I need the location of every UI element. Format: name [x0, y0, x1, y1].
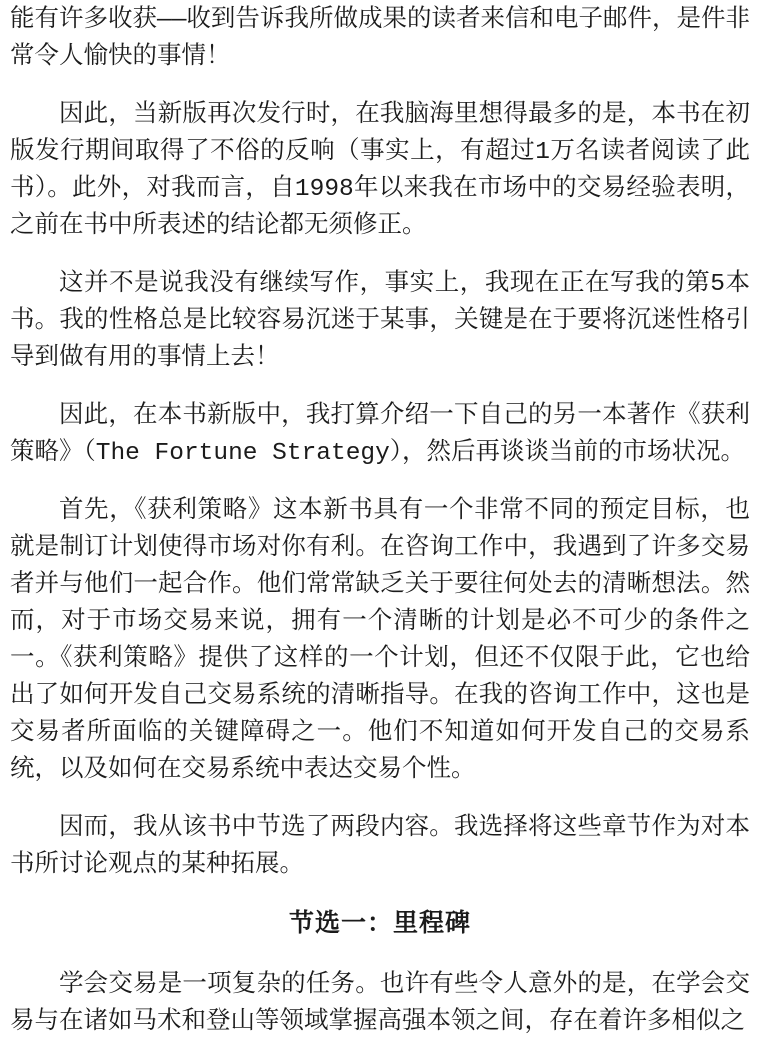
book-page: 能有许多收获——收到告诉我所做成果的读者来信和电子邮件，是件非常令人愉快的事情！… [0, 0, 758, 1038]
paragraph-excerpts-selected: 因而，我从该书中节选了两段内容。我选择将这些章节作为对本书所讨论观点的某种拓展。 [10, 810, 750, 884]
paragraph-fortune-strategy-goal: 首先，《获利策略》这本新书具有一个非常不同的预定目标，也就是制订计划使得市场对你… [10, 493, 750, 789]
paragraph-continuation: 能有许多收获——收到告诉我所做成果的读者来信和电子邮件，是件非常令人愉快的事情！ [10, 2, 750, 76]
section-heading-excerpt-one: 节选一：里程碑 [10, 906, 750, 943]
paragraph-fortune-strategy-intro: 因此，在本书新版中，我打算介绍一下自己的另一本著作《获利策略》（The Fort… [10, 398, 750, 472]
paragraph-learning-to-trade: 学会交易是一项复杂的任务。也许有些令人意外的是，在学会交易与在诸如马术和登山等领… [10, 967, 750, 1038]
paragraph-still-writing: 这并不是说我没有继续写作，事实上，我现在正在写我的第5本书。我的性格总是比较容易… [10, 266, 750, 377]
paragraph-new-edition: 因此，当新版再次发行时，在我脑海里想得最多的是，本书在初版发行期间取得了不俗的反… [10, 97, 750, 245]
